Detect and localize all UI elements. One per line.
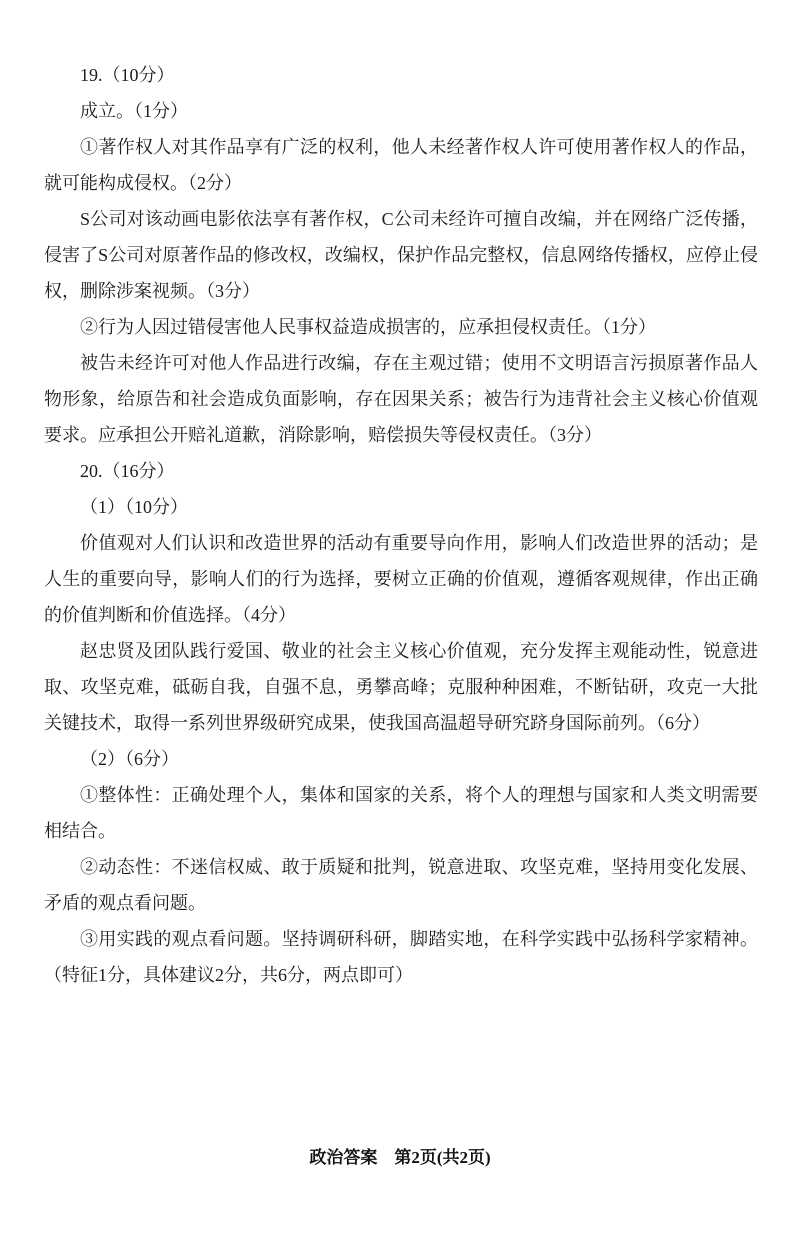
answer-sheet-page: 19.（10分）成立。（1分）①著作权人对其作品享有广泛的权利，他人未经著作权人…	[0, 0, 800, 1242]
paragraph: ①整体性：正确处理个人，集体和国家的关系，将个人的理想与国家和人类文明需要相结合…	[44, 777, 758, 849]
paragraph: （1）（10分）	[44, 489, 758, 525]
paragraph: 价值观对人们认识和改造世界的活动有重要导向作用，影响人们改造世界的活动；是人生的…	[44, 525, 758, 633]
paragraph: 19.（10分）	[44, 57, 758, 93]
paragraph: S公司对该动画电影依法享有著作权，C公司未经许可擅自改编，并在网络广泛传播，侵害…	[44, 201, 758, 309]
paragraph: ②行为人因过错侵害他人民事权益造成损害的，应承担侵权责任。（1分）	[44, 309, 758, 345]
doc-title: 政治答案	[309, 1148, 377, 1167]
paragraph: ③用实践的观点看问题。坚持调研科研，脚踏实地，在科学实践中弘扬科学家精神。（特征…	[44, 921, 758, 993]
paragraph: 赵忠贤及团队践行爱国、敬业的社会主义核心价值观，充分发挥主观能动性，锐意进取、攻…	[44, 633, 758, 741]
answer-body: 19.（10分）成立。（1分）①著作权人对其作品享有广泛的权利，他人未经著作权人…	[0, 0, 800, 993]
paragraph: ②动态性：不迷信权威、敢于质疑和批判，锐意进取、攻坚克难，坚持用变化发展、矛盾的…	[44, 849, 758, 921]
paragraph: 成立。（1分）	[44, 93, 758, 129]
page-number: 第2页(共2页)	[394, 1148, 490, 1167]
paragraph: ①著作权人对其作品享有广泛的权利，他人未经著作权人许可使用著作权人的作品，就可能…	[44, 129, 758, 201]
paragraph: 被告未经许可对他人作品进行改编，存在主观过错；使用不文明语言污损原著作品人物形象…	[44, 345, 758, 453]
page-footer: 政治答案第2页(共2页)	[0, 1146, 800, 1170]
paragraph: 20.（16分）	[44, 453, 758, 489]
paragraph: （2）（6分）	[44, 741, 758, 777]
